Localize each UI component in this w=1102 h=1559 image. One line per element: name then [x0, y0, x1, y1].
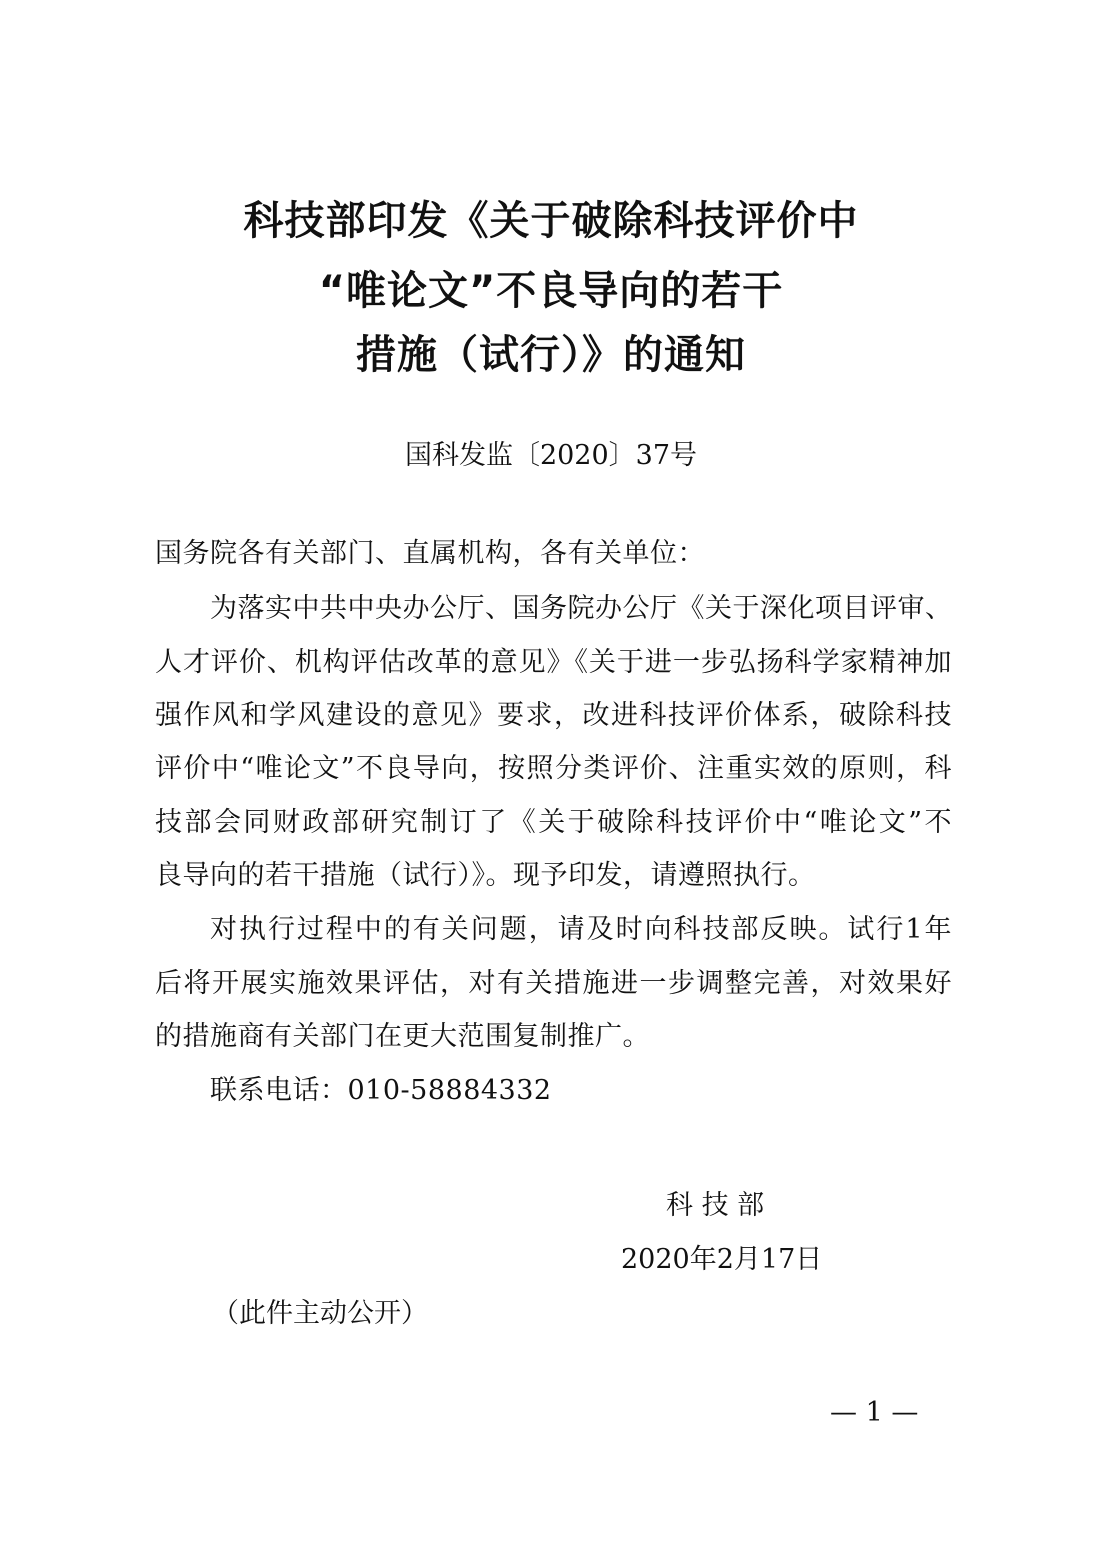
paragraph-2-line-1: 对执行过程中的有关问题，请及时向科技部反映。试行1年	[210, 912, 952, 948]
paragraph-1-line-2: 人才评价、机构评估改革的意见》《关于进一步弘扬科学家精神加	[155, 645, 952, 681]
signature-organization: 科 技 部	[666, 1188, 764, 1224]
page-number: — 1 —	[830, 1395, 918, 1431]
document-title-line-2: “唯论文”不良导向的若干	[0, 266, 1102, 316]
disclosure-note: （此件主动公开）	[212, 1296, 428, 1332]
paragraph-1-line-3: 强作风和学风建设的意见》要求，改进科技评价体系，破除科技	[155, 698, 952, 734]
paragraph-1-line-6: 良导向的若干措施（试行）》。现予印发，请遵照执行。	[155, 858, 952, 894]
document-number: 国科发监〔2020〕37号	[0, 438, 1102, 474]
paragraph-1-line-1: 为落实中共中央办公厅、国务院办公厅《关于深化项目评审、	[210, 591, 952, 627]
paragraph-2-line-3: 的措施商有关部门在更大范围复制推广。	[155, 1019, 952, 1055]
document-page: 科技部印发《关于破除科技评价中 “唯论文”不良导向的若干 措施（试行）》的通知 …	[0, 0, 1102, 1559]
paragraph-1-line-4: 评价中“唯论文”不良导向，按照分类评价、注重实效的原则，科	[155, 751, 952, 787]
document-title-line-3: 措施（试行）》的通知	[0, 330, 1102, 380]
document-title-line-1: 科技部印发《关于破除科技评价中	[0, 196, 1102, 246]
contact-phone: 联系电话：010-58884332	[210, 1073, 952, 1109]
paragraph-2-line-2: 后将开展实施效果评估，对有关措施进一步调整完善，对效果好	[155, 966, 952, 1002]
signature-date: 2020年2月17日	[621, 1242, 822, 1278]
addressee: 国务院各有关部门、直属机构，各有关单位：	[155, 536, 952, 572]
paragraph-1-line-5: 技部会同财政部研究制订了《关于破除科技评价中“唯论文”不	[155, 805, 952, 841]
